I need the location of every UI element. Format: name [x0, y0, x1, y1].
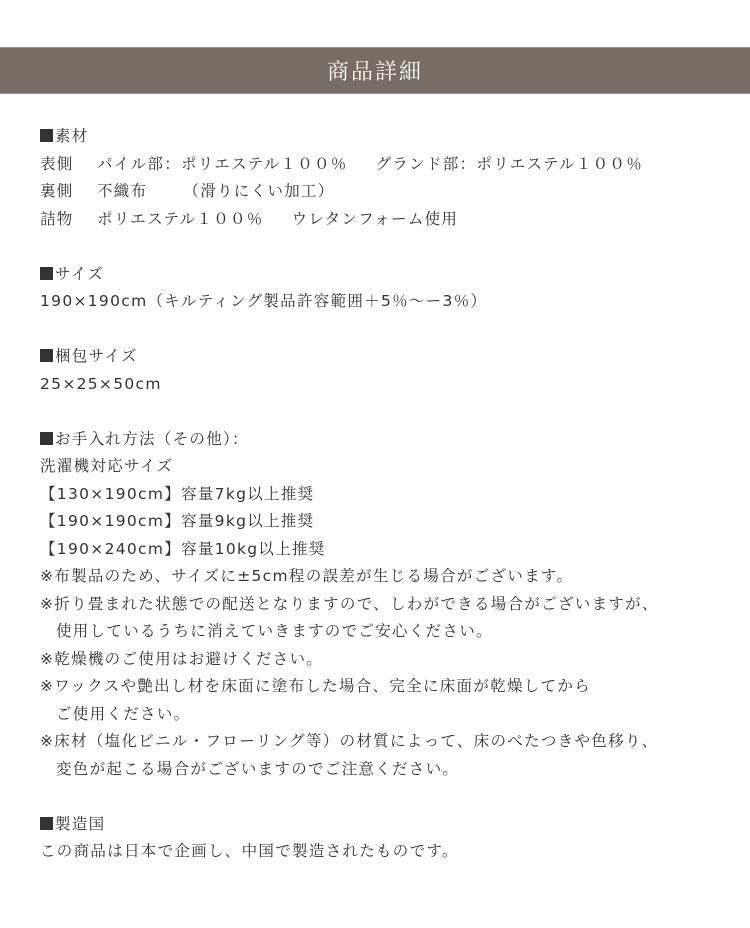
- page-title: 商品詳細: [327, 55, 423, 86]
- section-heading: お手入れ方法（その他）：: [40, 426, 730, 454]
- square-bullet-icon: [40, 349, 53, 362]
- section-package-size: 梱包サイズ 25×25×50cm: [40, 343, 730, 398]
- care-note: ※布製品のため、サイズに±5cm程の誤差が生じる場合がございます。: [40, 563, 730, 591]
- care-note: ※折り畳まれた状態での配送となりますので、しわができる場合がございますが、: [40, 591, 730, 619]
- section-header-bar: 商品詳細: [0, 47, 750, 94]
- section-heading: 梱包サイズ: [40, 343, 730, 371]
- material-row-front: 表側パイル部：ポリエステル１００％グランド部：ポリエステル１００％: [40, 151, 730, 179]
- section-material: 素材 表側パイル部：ポリエステル１００％グランド部：ポリエステル１００％ 裏側不…: [40, 123, 730, 233]
- square-bullet-icon: [40, 129, 53, 142]
- washer-size-item: 【130×190cm】容量7kg以上推奨: [40, 481, 730, 509]
- square-bullet-icon: [40, 817, 53, 830]
- washer-size-item: 【190×240cm】容量10kg以上推奨: [40, 536, 730, 564]
- washer-subheading: 洗濯機対応サイズ: [40, 453, 730, 481]
- square-bullet-icon: [40, 267, 53, 280]
- section-heading: 製造国: [40, 811, 730, 839]
- care-note-continued: ご使用ください。: [40, 701, 730, 729]
- origin-value: この商品は日本で企画し、中国で製造されたものです。: [40, 838, 730, 866]
- material-row-back: 裏側不織布（滑りにくい加工）: [40, 178, 730, 206]
- care-note: ※ワックスや艶出し材を床面に塗布した場合、完全に床面が乾燥してから: [40, 673, 730, 701]
- section-heading: 素材: [40, 123, 730, 151]
- care-note: ※床材（塩化ビニル・フローリング等）の材質によって、床のべたつきや色移り、: [40, 728, 730, 756]
- section-size: サイズ 190×190cm（キルティング製品許容範囲＋5％〜ー3％）: [40, 261, 730, 316]
- care-note-continued: 使用しているうちに消えていきますのでご安心ください。: [40, 618, 730, 646]
- size-value: 190×190cm（キルティング製品許容範囲＋5％〜ー3％）: [40, 288, 730, 316]
- section-care: お手入れ方法（その他）： 洗濯機対応サイズ 【130×190cm】容量7kg以上…: [40, 426, 730, 784]
- package-size-value: 25×25×50cm: [40, 371, 730, 399]
- section-heading: サイズ: [40, 261, 730, 289]
- care-note: ※乾燥機のご使用はお避けください。: [40, 646, 730, 674]
- washer-size-item: 【190×190cm】容量9kg以上推奨: [40, 508, 730, 536]
- product-details: 素材 表側パイル部：ポリエステル１００％グランド部：ポリエステル１００％ 裏側不…: [40, 123, 730, 893]
- care-note-continued: 変色が起こる場合がございますのでご注意ください。: [40, 756, 730, 784]
- material-row-filling: 詰物ポリエステル１００％ウレタンフォーム使用: [40, 206, 730, 234]
- section-origin: 製造国 この商品は日本で企画し、中国で製造されたものです。: [40, 811, 730, 866]
- square-bullet-icon: [40, 432, 53, 445]
